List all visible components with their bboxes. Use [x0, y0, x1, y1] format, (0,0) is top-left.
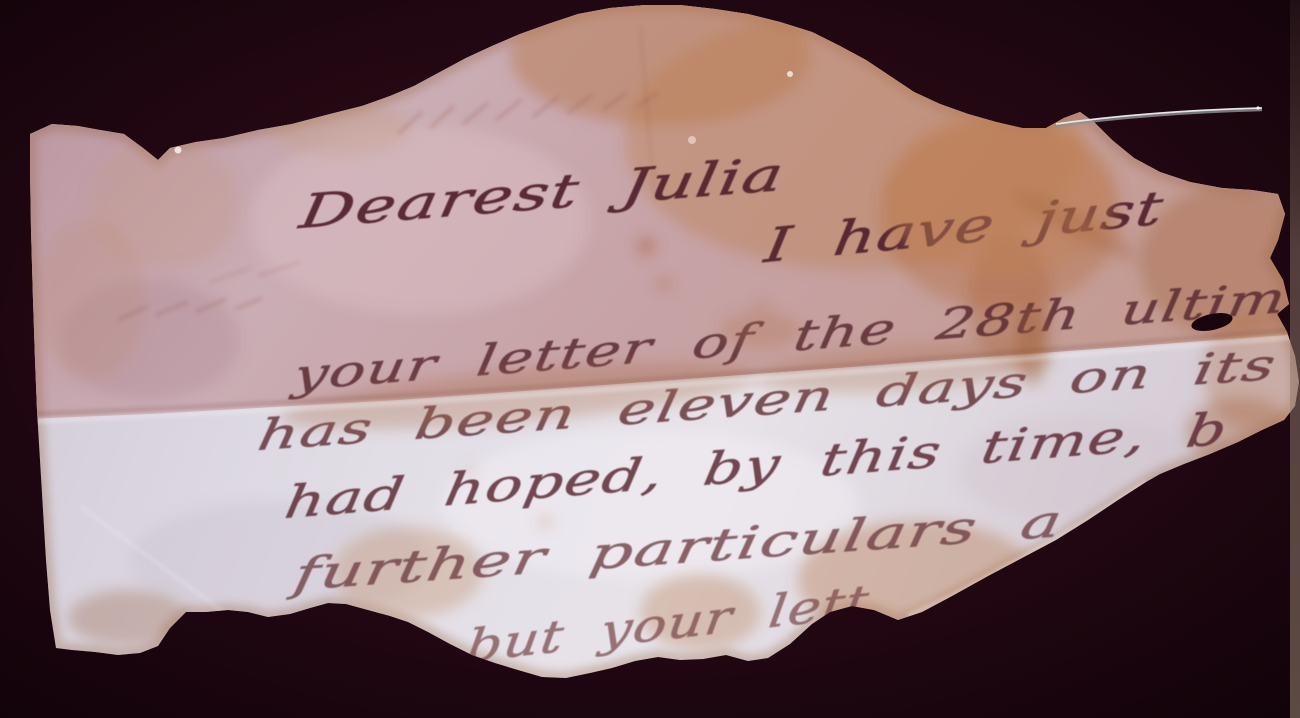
stain-dot [539, 516, 551, 528]
stain-dot [637, 237, 655, 255]
scan-edge-strip [1290, 0, 1300, 718]
letter-photo-canvas: Dearest Julia I have just your letter of… [0, 0, 1300, 718]
stain-dot [658, 278, 670, 290]
bright-fleck [688, 136, 696, 144]
stain [35, 220, 145, 380]
stain-over-julia [885, 113, 1115, 277]
needle-tip-glint [1256, 106, 1259, 109]
bright-fleck [175, 147, 182, 154]
photo-of-letter-fragment: Dearest Julia I have just your letter of… [0, 0, 1300, 718]
smudge [720, 312, 800, 348]
bright-fleck [787, 71, 793, 77]
stain-dot [757, 301, 767, 311]
